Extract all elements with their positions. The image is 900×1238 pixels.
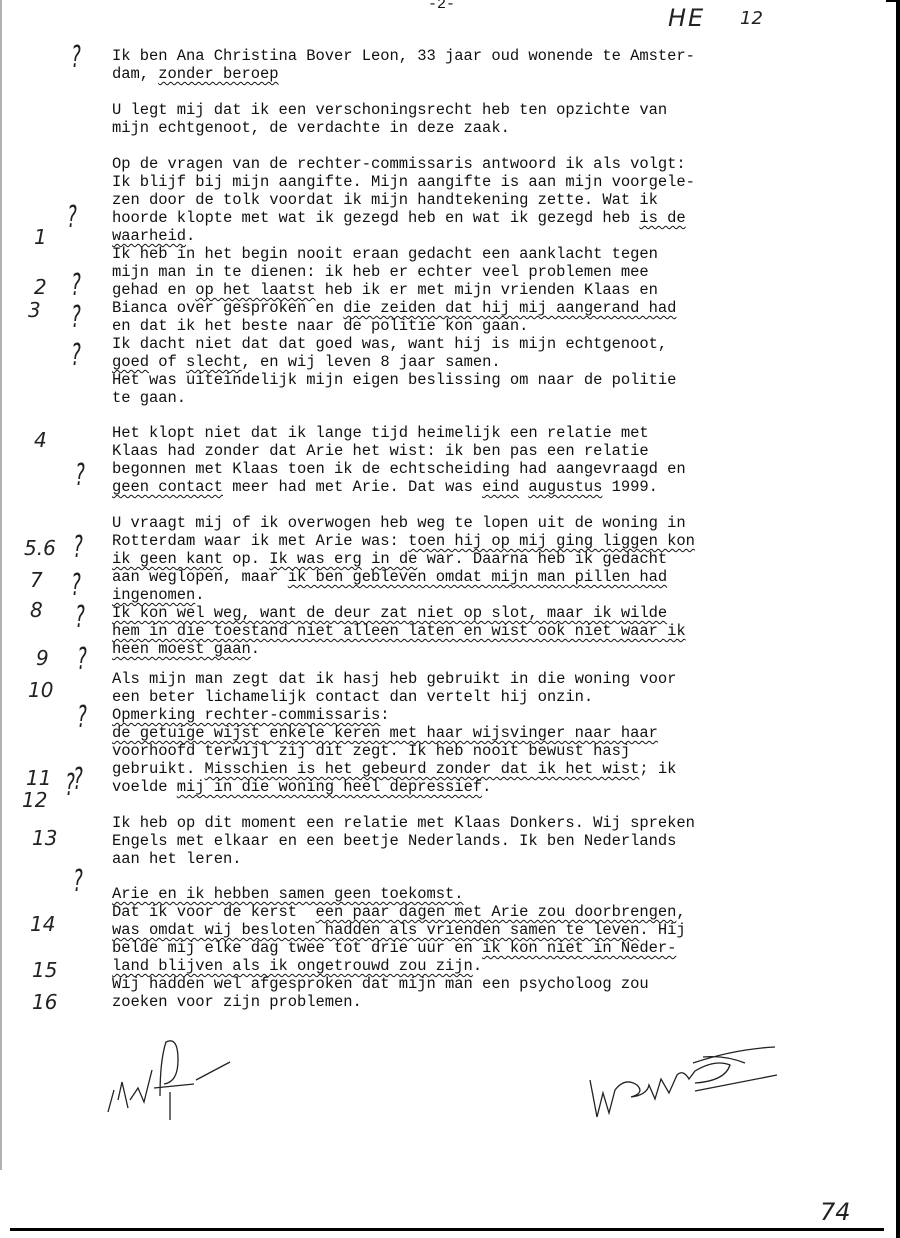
underlined-phrase: Opmerking rechter-commissaris: [112, 706, 380, 724]
underlined-phrase: hem in die toestand niet alleen laten en…: [112, 622, 686, 640]
statement-line: Arie en ik hebben samen geen toekomst.: [112, 885, 464, 903]
text-segment: Rotterdam waar ik met Arie was:: [112, 532, 408, 550]
statement-line: was omdat wij besloten hadden als vriend…: [112, 921, 686, 939]
text-segment: Ik blijf bij mijn aangifte. Mijn aangift…: [112, 173, 695, 191]
text-segment: begonnen met Klaas toen ik de echtscheid…: [112, 460, 686, 478]
question-mark-annotation: ?: [75, 600, 85, 635]
margin-number-annotation: 14: [30, 912, 55, 936]
statement-line: waarheid.: [112, 227, 195, 245]
text-segment: .: [251, 640, 260, 658]
text-segment: ,: [676, 903, 685, 921]
statement-line: Op de vragen van de rechter-commissaris …: [112, 155, 686, 173]
underlined-phrase: ingenomen: [112, 586, 195, 604]
text-segment: hoorde klopte met wat ik gezegd heb en w…: [112, 209, 639, 227]
statement-line: Het klopt niet dat ik lange tijd heimeli…: [112, 424, 649, 442]
statement-line: U legt mij dat ik een verschoningsrecht …: [112, 101, 667, 119]
statement-line: hem in die toestand niet alleen laten en…: [112, 622, 686, 640]
text-segment: Op de vragen van de rechter-commissaris …: [112, 155, 686, 173]
statement-line: aan weglopen, maar ik ben gebleven omdat…: [112, 568, 667, 586]
question-mark-annotation: ?: [67, 200, 77, 235]
statement-line: zoeken voor zijn problemen.: [112, 993, 362, 1011]
reference-number: 12: [740, 8, 763, 29]
text-segment: aan weglopen, maar: [112, 568, 288, 586]
underlined-phrase: eind: [482, 478, 519, 496]
underlined-phrase: is de: [639, 209, 685, 227]
statement-line: aan het leren.: [112, 850, 242, 868]
statement-line: Wij hadden wel afgesproken dat mijn man …: [112, 975, 649, 993]
statement-line: Klaas had zonder dat Arie het wist: ik b…: [112, 442, 649, 460]
question-mark-annotation: ?: [71, 268, 81, 303]
margin-number-annotation: 8: [30, 598, 43, 622]
underlined-phrase: toen hij op mij ging liggen kon: [408, 532, 695, 550]
statement-line: mijn man in te dienen: ik heb er echter …: [112, 263, 649, 281]
underlined-phrase: die zeiden dat hij mij aangerand had: [343, 299, 676, 317]
underlined-phrase: land blijven als ik ongetrouwd zou zijn: [112, 957, 473, 975]
statement-line: voelde mij in die woning heel depressief…: [112, 778, 491, 796]
signature-witness: [100, 1030, 240, 1120]
text-segment: , en wij leven 8 jaar samen.: [242, 353, 501, 371]
margin-number-annotation: 11: [26, 766, 51, 790]
underlined-phrase: geen contact: [112, 478, 223, 496]
statement-line: voorhoofd terwijl zij dit zegt. Ik heb n…: [112, 742, 630, 760]
margin-number-annotation: 5.6: [24, 536, 56, 560]
text-segment: heb ik er met mijn vrienden Klaas en: [316, 281, 658, 299]
statement-line: ingenomen.: [112, 586, 205, 604]
text-segment: voorhoofd terwijl zij dit zegt. Ik heb n…: [112, 742, 630, 760]
underlined-phrase: Misschien is het gebeurd zonder dat ik h…: [205, 760, 640, 778]
text-segment: .: [473, 957, 482, 975]
text-segment: Ik heb in het begin nooit eraan gedacht …: [112, 245, 658, 263]
text-segment: Bianca over gesproken en: [112, 299, 343, 317]
statement-line: gehad en op het laatst heb ik er met mij…: [112, 281, 658, 299]
text-segment: . Hij: [639, 921, 685, 939]
scan-edge-corner: [886, 0, 900, 2]
statement-line: Bianca over gesproken en die zeiden dat …: [112, 299, 676, 317]
statement-line: dam, zonder beroep: [112, 65, 279, 83]
margin-number-annotation: 10: [28, 678, 53, 702]
text-segment: Ik ben Ana Christina Bover Leon, 33 jaar…: [112, 47, 695, 65]
statement-line: Dat ik voor de kerst een paar dagen met …: [112, 903, 686, 921]
text-segment: gehad en: [112, 281, 195, 299]
text-segment: .: [482, 778, 491, 796]
text-segment: mijn echtgenoot, de verdachte in deze za…: [112, 119, 510, 137]
text-segment: 1999.: [602, 478, 658, 496]
underlined-phrase: een paar dagen met Arie zou doorbrengen: [316, 903, 677, 921]
underlined-phrase: zonder beroep: [158, 65, 278, 83]
text-segment: en dat ik het beste naar de politie kon …: [112, 317, 528, 335]
text-segment: U vraagt mij of ik overwogen heb weg te …: [112, 514, 686, 532]
bottom-rule: [10, 1228, 884, 1231]
text-segment: op.: [223, 550, 269, 568]
statement-line: hoorde klopte met wat ik gezegd heb en w…: [112, 209, 686, 227]
question-mark-annotation: ?: [71, 338, 81, 373]
text-segment: .: [195, 586, 204, 604]
statement-line: zen door de tolk voordat ik mijn handtek…: [112, 191, 658, 209]
text-segment: Als mijn man zegt dat ik hasj heb gebrui…: [112, 670, 676, 688]
underlined-phrase: in de: [371, 550, 417, 568]
scan-edge-left: [0, 0, 2, 1170]
statement-line: mijn echtgenoot, de verdachte in deze za…: [112, 119, 510, 137]
text-segment: mijn man in te dienen: ik heb er echter …: [112, 263, 649, 281]
text-segment: belde mij elke dag twee tot drie uur en: [112, 939, 482, 957]
underlined-phrase: mij in die woning heel depressief: [177, 778, 482, 796]
underlined-phrase: de getuige wijst enkele keren met haar w…: [112, 724, 658, 742]
text-segment: .: [186, 227, 195, 245]
text-segment: voelde: [112, 778, 177, 796]
margin-number-annotation: 7: [30, 568, 43, 592]
underlined-phrase: goed: [112, 353, 149, 371]
margin-number-annotation: 12: [22, 788, 47, 812]
underlined-phrase: augustus: [528, 478, 602, 496]
statement-line: te gaan.: [112, 389, 186, 407]
document-page: -2- HE 12 Ik ben Ana Christina Bover Leo…: [0, 0, 900, 1238]
underlined-phrase: Arie en ik hebben samen geen toekomst.: [112, 885, 464, 903]
statement-line: Ik blijf bij mijn aangifte. Mijn aangift…: [112, 173, 695, 191]
question-mark-annotation: ?: [73, 864, 83, 899]
statement-line: Opmerking rechter-commissaris:: [112, 706, 390, 724]
text-segment: of: [149, 353, 186, 371]
statement-line: een beter lichamelijk contact dan vertel…: [112, 688, 593, 706]
text-segment: dam,: [112, 65, 158, 83]
margin-number-annotation: 15: [32, 958, 57, 982]
underlined-phrase: heen moest gaan: [112, 640, 251, 658]
margin-number-annotation: 16: [32, 990, 57, 1014]
text-segment: zen door de tolk voordat ik mijn handtek…: [112, 191, 658, 209]
margin-number-annotation: 2: [34, 275, 47, 299]
text-segment: Wij hadden wel afgesproken dat mijn man …: [112, 975, 649, 993]
statement-line: begonnen met Klaas toen ik de echtscheid…: [112, 460, 686, 478]
statement-line: gebruikt. Misschien is het gebeurd zonde…: [112, 760, 676, 778]
question-mark-annotation: ?: [65, 768, 75, 803]
statement-line: Rotterdam waar ik met Arie was: toen hij…: [112, 532, 695, 550]
text-segment: te gaan.: [112, 389, 186, 407]
text-segment: [362, 550, 371, 568]
margin-number-annotation: 9: [36, 646, 49, 670]
statement-line: de getuige wijst enkele keren met haar w…: [112, 724, 658, 742]
statement-line: ik geen kant op. Ik was erg in de war. D…: [112, 550, 667, 568]
underlined-phrase: Ik was erg: [269, 550, 362, 568]
statement-line: Ik kon wel weg, want de deur zat niet op…: [112, 604, 667, 622]
question-mark-annotation: ?: [77, 642, 87, 677]
statement-line: U vraagt mij of ik overwogen heb weg te …: [112, 514, 686, 532]
statement-line: Ik heb op dit moment een relatie met Kla…: [112, 814, 695, 832]
text-segment: U legt mij dat ik een verschoningsrecht …: [112, 101, 667, 119]
question-mark-annotation: ?: [71, 40, 81, 75]
statement-line: goed of slecht, en wij leven 8 jaar same…: [112, 353, 501, 371]
text-segment: Klaas had zonder dat Arie het wist: ik b…: [112, 442, 649, 460]
statement-line: Engels met elkaar en een beetje Nederlan…: [112, 832, 676, 850]
statement-line: Ik dacht niet dat dat goed was, want hij…: [112, 335, 667, 353]
scan-edge-right: [896, 0, 900, 1238]
statement-line: geen contact meer had met Arie. Dat was …: [112, 478, 658, 496]
text-segment: Engels met elkaar en een beetje Nederlan…: [112, 832, 676, 850]
margin-number-annotation: 4: [34, 428, 47, 452]
statement-line: Ik heb in het begin nooit eraan gedacht …: [112, 245, 658, 263]
sheet-number: 74: [820, 1198, 851, 1226]
text-segment: Het was uiteindelijk mijn eigen beslissi…: [112, 371, 676, 389]
text-segment: Ik heb op dit moment een relatie met Kla…: [112, 814, 695, 832]
statement-line: belde mij elke dag twee tot drie uur en …: [112, 939, 676, 957]
question-mark-annotation: ?: [71, 300, 81, 335]
underlined-phrase: ik kon niet in Neder-: [482, 939, 676, 957]
page-number: -2-: [428, 0, 455, 13]
margin-number-annotation: 1: [34, 225, 47, 249]
statement-line: en dat ik het beste naar de politie kon …: [112, 317, 528, 335]
question-mark-annotation: ?: [75, 458, 85, 493]
underlined-phrase: Ik kon wel weg, want de deur zat niet op…: [112, 604, 667, 622]
text-segment: gebruikt.: [112, 760, 205, 778]
text-segment: Ik dacht niet dat dat goed was, want hij…: [112, 335, 667, 353]
statement-line: land blijven als ik ongetrouwd zou zijn.: [112, 957, 482, 975]
underlined-phrase: slecht: [186, 353, 242, 371]
signature-judge: [585, 1035, 795, 1125]
margin-number-annotation: 13: [32, 826, 57, 850]
text-segment: een beter lichamelijk contact dan vertel…: [112, 688, 593, 706]
reference-code: HE: [668, 4, 705, 32]
underlined-phrase: was omdat wij besloten hadden als vriend…: [112, 921, 639, 939]
question-mark-annotation: ?: [71, 568, 81, 603]
underlined-phrase: op het laatst: [195, 281, 315, 299]
text-segment: Dat ik voor de kerst: [112, 903, 316, 921]
statement-line: Als mijn man zegt dat ik hasj heb gebrui…: [112, 670, 676, 688]
statement-line: Ik ben Ana Christina Bover Leon, 33 jaar…: [112, 47, 695, 65]
text-segment: [519, 478, 528, 496]
statement-line: heen moest gaan.: [112, 640, 260, 658]
text-segment: war. Daarna heb ik gedacht: [417, 550, 667, 568]
text-segment: zoeken voor zijn problemen.: [112, 993, 362, 1011]
question-mark-annotation: ?: [77, 700, 87, 735]
text-segment: Het klopt niet dat ik lange tijd heimeli…: [112, 424, 649, 442]
text-segment: :: [380, 706, 389, 724]
underlined-phrase: ik ben gebleven omdat mijn man pillen ha…: [288, 568, 667, 586]
text-segment: ; ik: [639, 760, 676, 778]
text-segment: aan het leren.: [112, 850, 242, 868]
underlined-phrase: ik geen kant: [112, 550, 223, 568]
text-segment: meer had met Arie. Dat was: [223, 478, 482, 496]
margin-number-annotation: 3: [28, 298, 41, 322]
statement-line: Het was uiteindelijk mijn eigen beslissi…: [112, 371, 676, 389]
underlined-phrase: waarheid: [112, 227, 186, 245]
question-mark-annotation: ?: [73, 530, 83, 565]
